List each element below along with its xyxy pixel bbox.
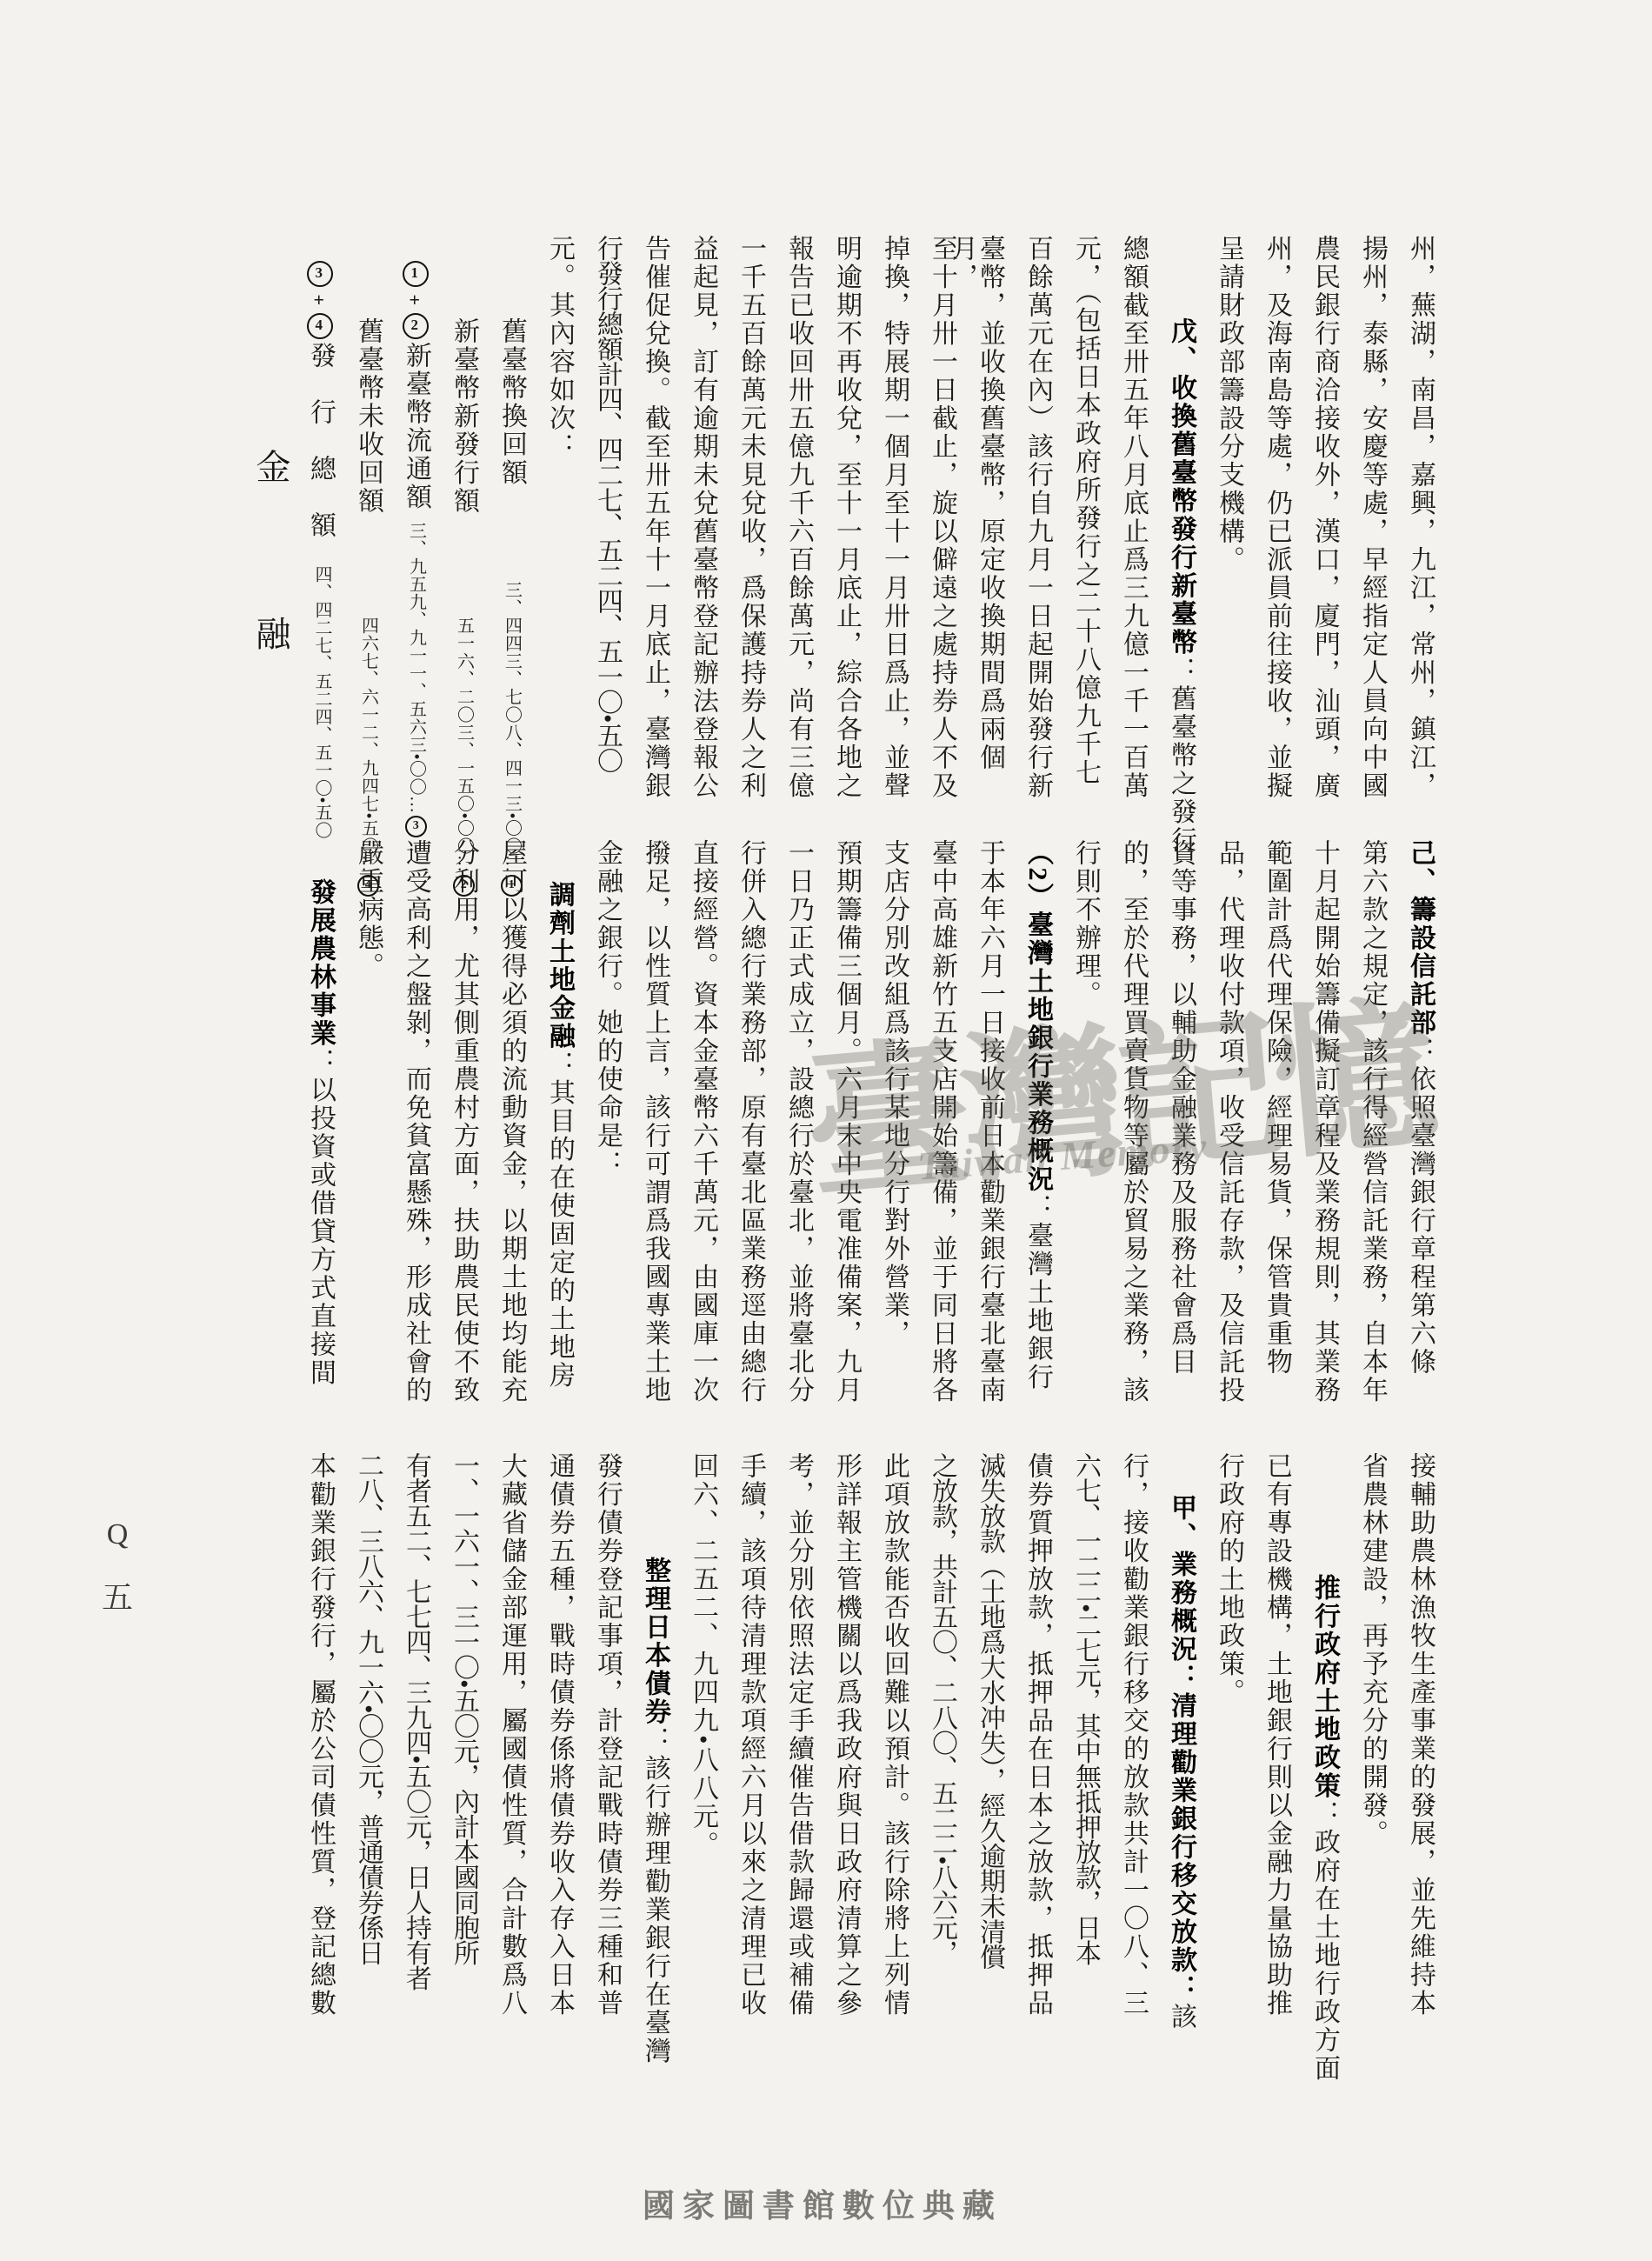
text-column: 金融之銀行。她的使命是：	[593, 839, 621, 1420]
text-column: 州，蕪湖，南昌，嘉興，九江，常州，鎮江，	[1406, 235, 1434, 816]
ledger-column: 1+2新臺幣流通額三、九五九、九一一、五六三•〇〇…3	[402, 235, 430, 839]
scanned-document-page: { "running_title": "金融", "page_marker": …	[0, 0, 1652, 2261]
page-marker-letter: Q	[97, 1517, 137, 1552]
text-column: 一日乃正式成立，設總行於臺北，並將臺北分	[784, 839, 812, 1420]
text-column: 掉換，特展期一個月至十一月卅日爲止，並聲	[880, 235, 908, 816]
ledger-amount: 四、四二七、五二四、五一〇•五〇	[310, 565, 331, 839]
circled-number: 2	[403, 313, 429, 339]
ledger-column: 新臺幣新發行額五一六、二〇三、一五〇•〇〇…2	[450, 235, 477, 898]
ledger-column: 舊臺幣未收回額四六七、六一二、九四七•五〇…4	[354, 235, 382, 898]
text-column: 分利用，尤其側重農村方面，扶助農民使不致	[450, 839, 477, 1420]
text-column: 行併入總行業務部，原有臺北區業務逕由總行	[736, 839, 764, 1420]
ledger-label: 新臺幣新發行額	[450, 317, 478, 516]
ledger-label: 3+4發 行 總 額	[306, 258, 335, 540]
heading-text: 甲、業務概況：清理勸業銀行移交放款：	[1167, 1494, 1196, 2003]
text-column: 整理日本債券：該行辦理勸業銀行在臺灣	[641, 1452, 669, 2138]
heading-text: （2）臺灣土地銀行業務概況	[1023, 839, 1052, 1194]
text-column: 行發行總額計四、四二七、五二四、五一〇•五〇	[593, 235, 621, 816]
text-column: 農民銀行商洽接收外，漢口，廈門，汕頭，廣	[1310, 235, 1338, 816]
text-column: 元。其內容如次：	[545, 235, 573, 816]
text-column: 戊、收換舊臺幣發行新臺幣：舊臺幣之發行	[1167, 235, 1195, 898]
text-column: 本勸業銀行發行，屬於公司債性質，登記總數	[306, 1452, 334, 2033]
text-column: 十月起開始籌備擬訂章程及業務規則，其業務	[1310, 839, 1338, 1420]
text-column: 預期籌備三個月。六月末中央電准備案，九月	[832, 839, 860, 1420]
text-column: 有者五二、七七四、三九四•五〇元，日人持有者	[402, 1452, 430, 2033]
text-column: 呈請財政部籌設分支機構。	[1215, 235, 1242, 816]
text-column: （2）臺灣土地銀行業務概況：臺灣土地銀行	[1023, 839, 1051, 1420]
text-column: 發展農林事業：以投資或借貸方式直接間	[306, 839, 334, 1459]
text-column: 己、籌設信託部：依照臺灣銀行章程第六條	[1406, 839, 1434, 1420]
text-column: 推行政府土地政策：政府在土地行政方面	[1310, 1452, 1338, 2155]
text-column: 臺幣，並收換舊臺幣，原定收換期間爲兩個月，	[976, 235, 1003, 816]
text-column: 省農林建設，再予充分的開發。	[1358, 1452, 1386, 2033]
circled-number: 3	[405, 816, 427, 837]
text-column: 滅失放款（土地爲大水冲失），經久逾期未清償	[976, 1452, 1003, 2033]
text-column: 臺中高雄新竹五支店開始籌備，並于同日將各	[928, 839, 956, 1420]
text-column: 範圍計爲代理保險，經理易貨，保管貴重物	[1262, 839, 1290, 1420]
ledger-label: 舊臺幣換回額	[497, 317, 526, 487]
text-column: 告催促兌換。截至卅五年十一月底止，臺灣銀	[641, 235, 669, 816]
text-column: 大藏省儲金部運用，屬國債性質，合計數爲八	[497, 1452, 525, 2033]
text-column: 報告已收回卅五億九千六百餘萬元，尚有三億	[784, 235, 812, 816]
ledger-label: 舊臺幣未收回額	[354, 317, 383, 516]
page-marker: Q 五	[97, 1517, 137, 1615]
text-band-2: 己、籌設信託部：依照臺灣銀行章程第六條第六款之規定，該行得經營信託業務，自本年十…	[303, 839, 1434, 1420]
text-column: 考，並分別依照法定手續催告借款歸還或補備	[784, 1452, 812, 2033]
text-column: 之放款，共計五〇、二八〇、五二二•八六元，	[928, 1452, 956, 2033]
text-column: 揚州，泰縣，安慶等處，早經指定人員向中國	[1358, 235, 1386, 816]
text-column: 遭受高利之盤剝，而免貧富懸殊，形成社會的	[402, 839, 430, 1420]
text-column: 行政府的土地政策。	[1215, 1452, 1242, 2033]
text-column: 第六款之規定，該行得經營信託業務，自本年	[1358, 839, 1386, 1420]
text-column: 行，接收勸業銀行移交的放款共計一〇八、三	[1119, 1452, 1147, 2033]
text-column: 的，至於代理買賣貨物等屬於貿易之業務，該	[1119, 839, 1147, 1420]
text-column: 資等事務，以輔助金融業務及服務社會爲目	[1167, 839, 1195, 1420]
text-column: 一千五百餘萬元未見兌收，爲保護持券人之利	[736, 235, 764, 816]
text-column: 屋可以獲得必須的流動資金，以期土地均能充	[497, 839, 525, 1420]
text-column: 明逾期不再收兌，至十一月底止，綜合各地之	[832, 235, 860, 816]
text-column: 于本年六月一日接收前日本勸業銀行臺北臺南	[976, 839, 1003, 1420]
text-column: 調劑土地金融：其目的在使固定的土地房	[545, 839, 573, 1462]
text-column: 形詳報主管機關以爲我政府與日政府清算之參	[832, 1452, 860, 2033]
text-column: 甲、業務概況：清理勸業銀行移交放款：該	[1167, 1452, 1195, 2075]
circled-number: 4	[307, 313, 333, 339]
text-column: 債券質押放款，抵押品在日本之放款，抵押品	[1023, 1452, 1051, 2033]
text-column: 二八、三八六、九一六•〇〇元，普通債券係日	[354, 1452, 382, 2033]
text-column: 一、一六一、三一〇•五〇元，內計本國同胞所	[450, 1452, 477, 2033]
text-column: 直接經營。資本金臺幣六千萬元，由國庫一次	[689, 839, 716, 1420]
heading-text: 己、籌設信託部	[1406, 839, 1435, 1037]
text-column: 百餘萬元在內）該行自九月一日起開始發行新	[1023, 235, 1051, 816]
text-column: 已有專設機構，土地銀行則以金融力量協助推	[1262, 1452, 1290, 2033]
plus-sign: +	[404, 290, 427, 310]
ledger-label: 1+2新臺幣流通額	[402, 258, 430, 511]
text-band-3: 接輔助農林漁牧生產事業的發展，並先維持本省農林建設，再予充分的開發。推行政府土地…	[303, 1452, 1434, 2033]
circled-number: 1	[403, 261, 429, 287]
ledger-column: 3+4發 行 總 額四、四二七、五二四、五一〇•五〇	[306, 235, 334, 839]
heading-text: 整理日本債券	[641, 1557, 669, 1726]
text-column: 行則不辦理。	[1071, 839, 1099, 1420]
plus-sign: +	[309, 290, 331, 310]
text-column: 至十月卅一日截止，旋以僻遠之處持券人不及	[928, 235, 956, 816]
text-column: 益起見，訂有逾期未兌舊臺幣登記辦法登報公	[689, 235, 716, 816]
text-column: 手續，該項待清理款項經六月以來之清理已收	[736, 1452, 764, 2033]
text-band-1: 州，蕪湖，南昌，嘉興，九江，常州，鎮江，揚州，泰縣，安慶等處，早經指定人員向中國…	[303, 235, 1434, 816]
text-column: 撥足，以性質上言，該行可謂爲我國專業土地	[641, 839, 669, 1420]
ledger-column: 舊臺幣換回額三、四四三、七〇八、四一三•〇〇…1	[497, 235, 525, 898]
circled-number: 3	[307, 261, 333, 287]
heading-text: 發展農林事業	[306, 878, 335, 1048]
running-title: 金融	[246, 449, 296, 783]
text-column: 此項放款能否收回難以預計。該行除將上列情	[880, 1452, 908, 2033]
text-column: 州，及海南島等處，仍已派員前往接收，並擬	[1262, 235, 1290, 816]
heading-text: 推行政府土地政策	[1310, 1574, 1339, 1800]
heading-text: 調劑土地金融	[545, 881, 574, 1050]
text-column: 嚴重病態。	[354, 839, 382, 1420]
text-column: 品，代理收付款項，收受信託存款，及信託投	[1215, 839, 1242, 1420]
text-column: 總額截至卅五年八月底止爲三九億一千一百萬	[1119, 235, 1147, 816]
text-column: 回六、二五二、九四九•八八元。	[689, 1452, 716, 2033]
text-column: 發行債券登記事項，計登記戰時債券三種和普	[593, 1452, 621, 2033]
heading-text: 戊、收換舊臺幣發行新臺幣	[1167, 317, 1196, 657]
ledger-amount: 三、九五九、九一一、五六三•〇〇…3	[406, 522, 427, 839]
text-column: 接輔助農林漁牧生產事業的發展，並先維持本	[1406, 1452, 1434, 2033]
national-library-watermark: 國家圖書館數位典藏	[643, 2179, 1003, 2226]
text-column: 支店分別改組爲該行某地分行對外營業，	[880, 839, 908, 1420]
page-number: 五	[97, 1580, 137, 1615]
text-column: 元，（包括日本政府所發行之二十八億九千七	[1071, 235, 1099, 816]
text-column: 六七、一二二•二七元，其中無抵押放款，日本	[1071, 1452, 1099, 2033]
text-column: 通債券五種，戰時債券係將債券收入存入日本	[545, 1452, 573, 2033]
